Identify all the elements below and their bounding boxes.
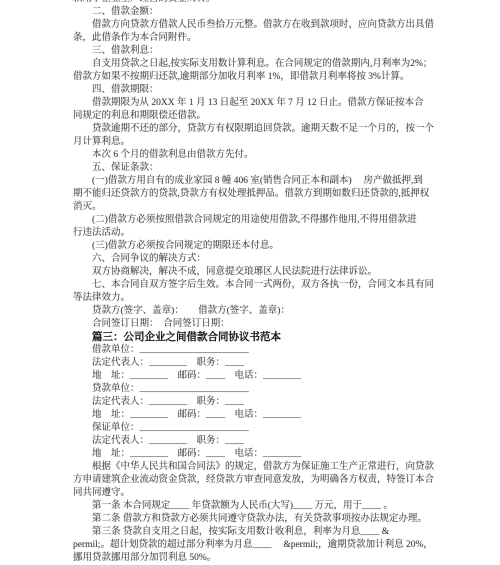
document-line: 三、借款利息： <box>73 45 441 58</box>
document-line: 根据《中华人民共和国合同法》的规定，借款方为保证施工生产正常进行，向贷款 <box>73 461 441 474</box>
document-page: 款用于企业生产经营的资金周转。二、借款金额：借款方向贷款方借款人民币叁拾万元整。… <box>0 0 500 565</box>
document-line: 借款方如果不按期归还款,逾期部分加收月利率 1%，即借款月利率将按 3%计算。 <box>73 71 441 84</box>
document-line: 借款单位：_______________________ <box>73 344 441 357</box>
document-line: permil;。超计划贷款的超过部分利率为月息____ &permil;，逾期贷… <box>73 539 441 552</box>
document-line: 消灭。 <box>73 201 441 214</box>
document-line: 贷款逾期不还的部分，贷款方有权限期追回贷款。逾期天数不足一个月的，按一个 <box>73 123 441 136</box>
document-line: 双方协商解决，解决不成，同意提交琅琊区人民法院进行法律诉讼。 <box>73 266 441 279</box>
document-line: 第三条 贷款自支用之日起，按实际支用数计收利息，利率为月息____ & <box>73 526 441 539</box>
document-line: 法定代表人：________ 职务：____ <box>73 357 441 370</box>
document-line: 贷款单位：_______________________ <box>73 383 441 396</box>
document-line: 自支用贷款之日起,按实际支用数计算利息。在合同规定的借款期内,月利率为2%； <box>73 58 441 71</box>
document-line: 挪用贷款挪用部分加罚利息 50%。 <box>73 552 441 565</box>
document-line: 期不能归还贷款方的贷款,贷款方有权处理抵押品。借款方到期如数归还贷款的,抵押权 <box>73 188 441 201</box>
document-line: 方申请建筑企业流动资金贷款，经贷款方审查同意发放，为明确各方权责，特签订本合 <box>73 474 441 487</box>
document-line: 同规定的利息和期限偿还借款。 <box>73 110 441 123</box>
document-line: (二)借款方必须按照借款合同规定的用途使用借款,不得挪作他用,不得用借款进 <box>73 214 441 227</box>
document-line: 保证单位：_______________________ <box>73 422 441 435</box>
document-line: 法定代表人：________ 职务：____ <box>73 396 441 409</box>
document-line: 六、合同争议的解决方式： <box>73 253 441 266</box>
document-line: 七、本合同自双方签字后生效。本合同一式两份，双方各执一份，合同文本具有同 <box>73 279 441 292</box>
document-line: 合同签订日期： 合同签订日期： <box>73 318 441 331</box>
document-line: 行违法活动。 <box>73 227 441 240</box>
section-heading: 篇三：公司企业之间借款合同协议书范本 <box>73 331 441 344</box>
document-line: 四、借款期限： <box>73 84 441 97</box>
document-line: 等法律效力。 <box>73 292 441 305</box>
document-line: 借款期限为从 20XX 年 1 月 13 日起至 20XX 年 7 月 12 日… <box>73 97 441 110</box>
document-line: 贷款方(签字、盖章)： 借款方(签字、盖章)： <box>73 305 441 318</box>
document-line: 五、保证条款： <box>73 162 441 175</box>
document-line: 二、借款金额： <box>73 6 441 19</box>
document-line: 第二条 借款方和贷款方必须共同遵守贷款办法，有关贷款事项按办法规定办理。 <box>73 513 441 526</box>
document-line: 月计算利息。 <box>73 136 441 149</box>
document-line: 借款方向贷款方借款人民币叁拾万元整。借款方在收到款项时，应向贷款方出具借 <box>73 19 441 32</box>
document-line: 同共同遵守。 <box>73 487 441 500</box>
document-line: (一)借款方用自有的成业家园 8 幢 406 室(销售合同正本和副本) 房产做抵… <box>73 175 441 188</box>
document-line: (三)借款方必须按合同规定的期限还本付息。 <box>73 240 441 253</box>
document-line: 地 址：________ 邮码：____ 电话：________ <box>73 370 441 383</box>
document-line: 第一条 本合同规定____ 年贷款额为人民币(大写)____ 万元，用于____… <box>73 500 441 513</box>
document-line: 本次 6 个月的借款利息由借款方先付。 <box>73 149 441 162</box>
document-line: 地 址：________ 邮码：____ 电话：________ <box>73 448 441 461</box>
document-line: 地 址：________ 邮码：____ 电话：________ <box>73 409 441 422</box>
contract-text-block: 款用于企业生产经营的资金周转。二、借款金额：借款方向贷款方借款人民币叁拾万元整。… <box>73 0 441 565</box>
document-line: 法定代表人：________ 职务：____ <box>73 435 441 448</box>
document-line: 条，此借条作为本合同附件。 <box>73 32 441 45</box>
